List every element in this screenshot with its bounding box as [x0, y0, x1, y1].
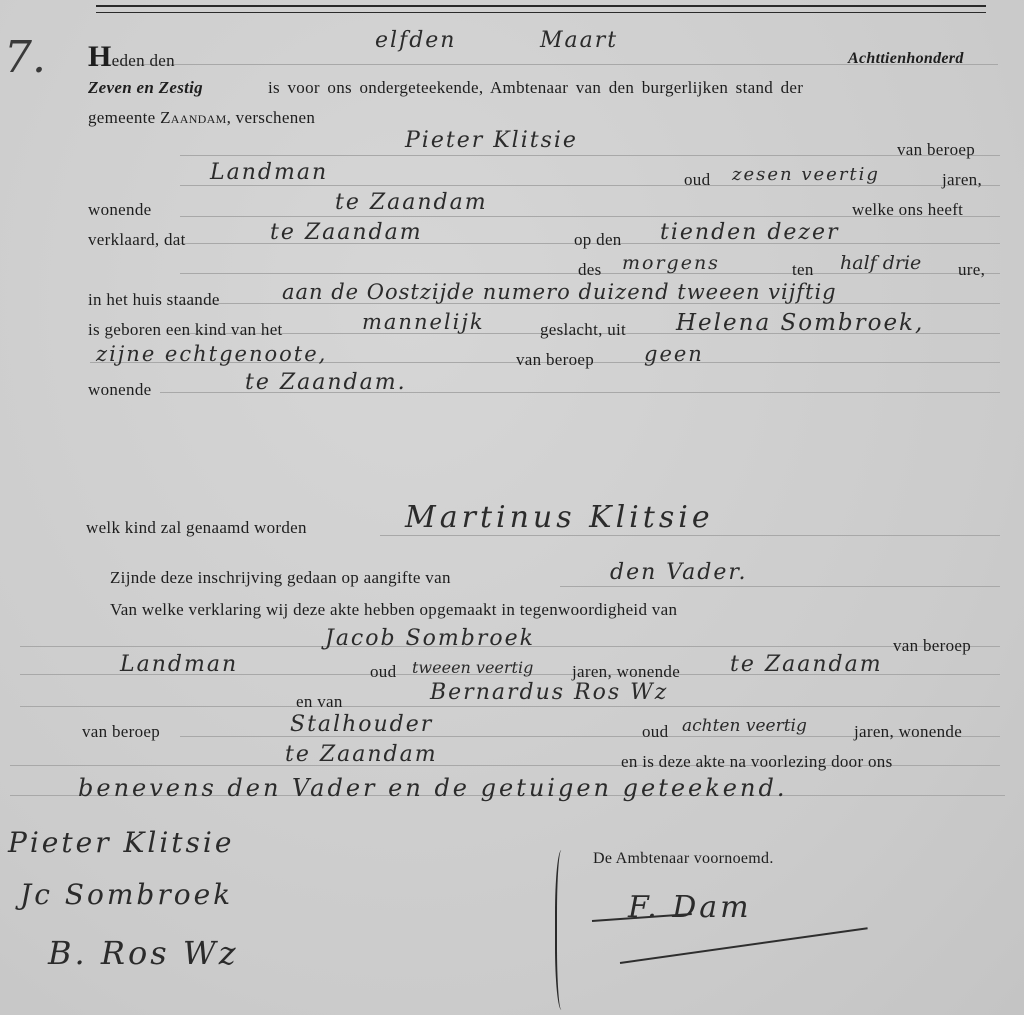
birth-place: te Zaandam	[270, 220, 423, 245]
municipality-name: Zaandam	[160, 108, 226, 127]
entry-day: elfden	[375, 28, 456, 53]
witness2-name: Bernardus Ros Wz	[430, 680, 668, 705]
witness2-occupation: Stalhouder	[290, 712, 433, 737]
ure-label: ure,	[958, 260, 985, 280]
geslacht-uit-label: geslacht, uit	[540, 320, 626, 340]
welk-kind-label: welk kind zal genaamd worden	[86, 518, 307, 538]
ruled-line	[180, 185, 1000, 186]
mother-residence: te Zaandam.	[245, 370, 407, 395]
oud-label-3: oud	[642, 722, 668, 742]
in-het-huis-label: in het huis staande	[88, 290, 220, 310]
ruled-line	[20, 706, 1000, 707]
signature-witness2: B. Ros Wz	[48, 934, 239, 972]
declarant-age: zesen veertig	[732, 164, 880, 185]
entry-month: Maart	[540, 28, 618, 53]
house-location: aan de Oostzijde numero duizend tweeen v…	[282, 280, 837, 304]
ruled-line	[560, 586, 1000, 587]
heden-den-label: Heden den	[88, 42, 175, 72]
witness1-age: tweeen veertig	[412, 658, 533, 677]
ambtenaar-voornoemd-label: De Ambtenaar voornoemd.	[593, 850, 774, 868]
declarant-residence: te Zaandam	[335, 190, 488, 215]
signature-witness1: Jc Sombroek	[20, 878, 233, 911]
van-beroep-label-2: van beroep	[516, 350, 594, 370]
en-is-deze-label: en is deze akte na voorlezing door ons	[621, 752, 893, 772]
signature-official: F. Dam	[628, 890, 752, 925]
van-beroep-label-4: van beroep	[82, 722, 160, 742]
witness2-residence: te Zaandam	[285, 742, 438, 767]
ruled-line	[380, 535, 1000, 536]
document-page: 7. Heden den elfden Maart Achttienhonder…	[0, 0, 1024, 1015]
mother-name: Helena Sombroek,	[676, 310, 924, 336]
year-text: Zeven en Zestig	[88, 78, 203, 98]
jaren-wonende-label-1: jaren, wonende	[572, 662, 680, 682]
witness2-age: achten veertig	[682, 716, 807, 736]
witness1-occupation: Landman	[120, 652, 238, 677]
oud-label-2: oud	[370, 662, 396, 682]
en-van-label: en van	[296, 692, 343, 712]
jaren-wonende-label-2: jaren, wonende	[854, 722, 962, 742]
mother-relation: zijne echtgenoote,	[96, 342, 327, 366]
top-double-rule	[96, 5, 986, 13]
birth-time: half drie	[840, 252, 921, 274]
drop-cap: H	[88, 40, 112, 73]
closing-statement: benevens den Vader en de getuigen geteek…	[78, 774, 787, 802]
voor-ons-label: is voor ons ondergeteekende, Ambtenaar v…	[268, 78, 803, 98]
van-beroep-label-1: van beroep	[897, 140, 975, 160]
signature-father: Pieter Klitsie	[8, 826, 234, 859]
welke-ons-heeft-label: welke ons heeft	[852, 200, 963, 220]
zijnde-label: Zijnde deze inschrijving gedaan op aangi…	[110, 568, 451, 588]
informant: den Vader.	[610, 560, 747, 585]
declarant-name: Pieter Klitsie	[405, 128, 578, 153]
van-welke-label: Van welke verklaring wij deze akte hebbe…	[110, 600, 677, 620]
achttienhonderd-label: Achttienhonderd	[848, 50, 964, 68]
birth-date: tienden dezer	[660, 220, 840, 245]
oud-label-1: oud	[684, 170, 710, 190]
witness1-residence: te Zaandam	[730, 652, 883, 677]
verklaard-dat-label: verklaard, dat	[88, 230, 186, 250]
des-label: des	[578, 260, 602, 280]
gemeente-label: gemeente	[88, 108, 156, 127]
declarant-occupation: Landman	[210, 160, 328, 185]
gemeente-line: gemeente Zaandam, verschenen	[88, 108, 315, 128]
jaren-label-1: jaren,	[942, 170, 982, 190]
wonende-label-2: wonende	[88, 380, 151, 400]
heden-den-rest: eden den	[112, 51, 175, 70]
ten-label: ten	[792, 260, 814, 280]
van-beroep-label-3: van beroep	[893, 636, 971, 656]
child-name: Martinus Klitsie	[405, 500, 714, 535]
official-underline	[620, 927, 868, 964]
signature-brace	[555, 850, 571, 1010]
ruled-line	[180, 155, 1000, 156]
is-geboren-label: is geboren een kind van het	[88, 320, 283, 340]
record-number: 7.	[4, 32, 46, 83]
mother-occupation: geen	[644, 342, 704, 366]
child-sex: mannelijk	[362, 310, 485, 334]
witness1-name: Jacob Sombroek	[325, 626, 535, 651]
time-of-day: morgens	[622, 252, 720, 274]
verschenen-label: , verschenen	[227, 108, 316, 127]
op-den-label: op den	[574, 230, 622, 250]
wonende-label-1: wonende	[88, 200, 151, 220]
